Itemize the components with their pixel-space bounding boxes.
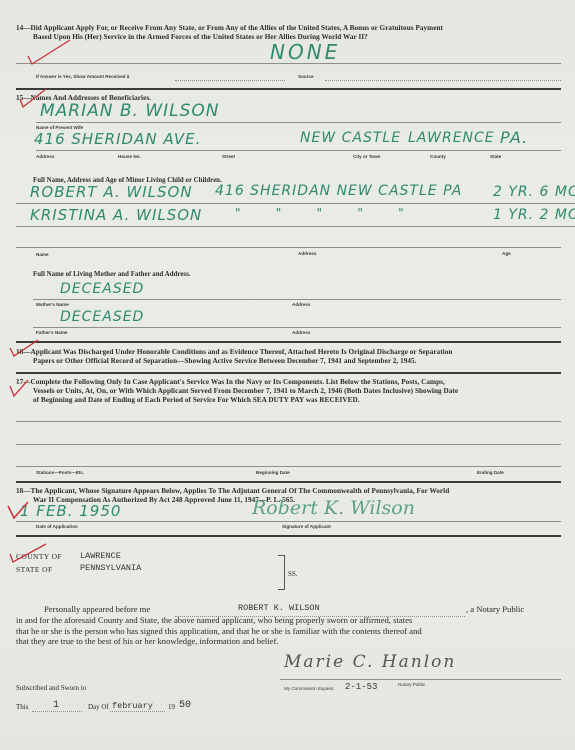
q17-line1: 17—Complete the Following Only In Case A… (16, 378, 561, 387)
notary-signature[interactable]: Marie C. Hanlon (284, 652, 456, 672)
amount-label: If Answer is Yes, Show Amount Received $ (36, 74, 129, 79)
amount-field[interactable] (175, 80, 285, 81)
check-mark-icon (8, 338, 40, 358)
section-divider (16, 372, 561, 374)
notary-public-label: Notary Public (398, 682, 425, 687)
divider (33, 299, 561, 300)
label-city: City or Town (353, 154, 380, 159)
father-address-label: Address (292, 330, 310, 335)
wife-county[interactable]: LAWRENCE (408, 130, 495, 146)
label-child-age: Age (502, 251, 511, 256)
source-label: Source (298, 74, 314, 79)
child-age[interactable]: 2 YR. 6 MO (493, 184, 575, 200)
wife-name[interactable]: MARIAN B. WILSON (40, 101, 220, 121)
divider (33, 327, 561, 328)
q17-line3: of Beginning and Date of Ending of Each … (16, 396, 561, 405)
county-value[interactable]: LAWRENCE (80, 551, 121, 561)
mother-address-label: Address (292, 302, 310, 307)
notary-body: in and for the aforesaid County and Stat… (16, 615, 561, 647)
divider (16, 247, 561, 248)
year-value[interactable]: 50 (179, 700, 191, 711)
mother-name[interactable]: DECEASED (60, 281, 144, 297)
label-house: House No. (118, 154, 141, 159)
section-divider (16, 88, 561, 90)
stations-line[interactable] (16, 421, 561, 422)
commission-label: My Commission Expires: (284, 686, 335, 691)
section-divider (16, 481, 561, 483)
wife-city[interactable]: NEW CASTLE (300, 130, 401, 146)
label-street: Street (222, 154, 235, 159)
wife-state[interactable]: PA. (500, 128, 528, 147)
stations-line[interactable] (16, 466, 561, 467)
label-child-address: Address (298, 251, 316, 256)
q16-line2: Papers or Other Official Record of Separ… (16, 357, 561, 366)
commission-value[interactable]: 2-1-53 (345, 682, 377, 692)
col-begin-label: Beginning Date (256, 470, 290, 475)
day-value[interactable]: 1 (53, 700, 59, 711)
ss-label: SS. (288, 570, 298, 578)
ss-brace (278, 555, 285, 590)
q14-answer[interactable]: NONE (270, 40, 340, 64)
divider (16, 63, 561, 64)
label-child-name: Name (36, 252, 49, 257)
q17-line2: Vessels or Units, At, On, or With Which … (16, 387, 561, 396)
day-of-label: Day Of (88, 703, 109, 711)
q16-line1: 16—Applicant Was Discharged Under Honora… (16, 348, 561, 357)
applicant-signature[interactable]: Robert K. Wilson (252, 497, 415, 519)
label-county: County (430, 154, 446, 159)
check-mark-icon (6, 500, 30, 520)
notary-body-line4: that they are true to the best of his or… (16, 636, 561, 647)
col-stations-label: Stations—Posts—Etc. (36, 470, 84, 475)
divider (36, 122, 561, 123)
month-value[interactable]: february (112, 701, 153, 711)
form-page: 14—Did Applicant Apply For, or Receive F… (0, 0, 575, 750)
check-mark-icon (26, 38, 72, 66)
child-name[interactable]: ROBERT A. WILSON (30, 183, 193, 201)
date-label: Date of Application (36, 524, 78, 529)
col-end-label: Ending Date (477, 470, 504, 475)
appeared-suffix: , a Notary Public (466, 604, 524, 615)
father-label: Father's Name (36, 330, 67, 335)
stations-line[interactable] (16, 444, 561, 445)
check-mark-icon (8, 542, 48, 564)
section-divider (16, 535, 561, 537)
state-label: STATE OF (16, 565, 53, 574)
wife-house-street[interactable]: 416 SHERIDAN AVE. (34, 130, 201, 148)
day-line (32, 711, 82, 712)
notary-body-line2: in and for the aforesaid County and Stat… (16, 615, 561, 626)
q18-line1: 18—The Applicant, Whose Signature Appear… (16, 487, 561, 496)
check-mark-icon (18, 87, 48, 109)
q17-question: 17—Complete the Following Only In Case A… (16, 378, 561, 405)
signature-label: Signature of Applicant (282, 524, 331, 529)
divider (16, 521, 561, 522)
month-line (110, 711, 165, 712)
father-name[interactable]: DECEASED (60, 309, 144, 325)
child-address[interactable]: 416 SHERIDAN NEW CASTLE PA (215, 183, 462, 199)
notary-body-line3: that he or she is the person who has sig… (16, 626, 561, 637)
child-name[interactable]: KRISTINA A. WILSON (30, 206, 202, 224)
label-state: State (490, 154, 501, 159)
this-label: This (16, 703, 28, 711)
mother-label: Mother's Name (36, 302, 69, 307)
source-field[interactable] (325, 80, 561, 81)
check-mark-icon (8, 378, 30, 398)
parents-heading: Full Name of Living Mother and Father an… (33, 270, 191, 279)
appeared-name[interactable]: ROBERT K. WILSON (238, 603, 320, 613)
section-divider (16, 341, 561, 343)
subscribed-label: Subscribed and Sworn to (16, 684, 86, 692)
child-address[interactable]: " " " " " (235, 206, 408, 220)
child-age[interactable]: 1 YR. 2 MO (493, 207, 575, 223)
application-date[interactable]: 1 FEB. 1950 (20, 502, 121, 520)
appeared-prefix: Personally appeared before me (44, 604, 150, 615)
q14-line1: 14—Did Applicant Apply For, or Receive F… (16, 24, 561, 33)
divider (16, 226, 575, 227)
q16-statement: 16—Applicant Was Discharged Under Honora… (16, 348, 561, 366)
divider (36, 150, 561, 151)
divider (16, 203, 575, 204)
year-prefix: 19 (168, 703, 175, 711)
state-value[interactable]: PENNSYLVANIA (80, 563, 141, 573)
label-address: Address (36, 154, 54, 159)
divider (280, 679, 561, 680)
